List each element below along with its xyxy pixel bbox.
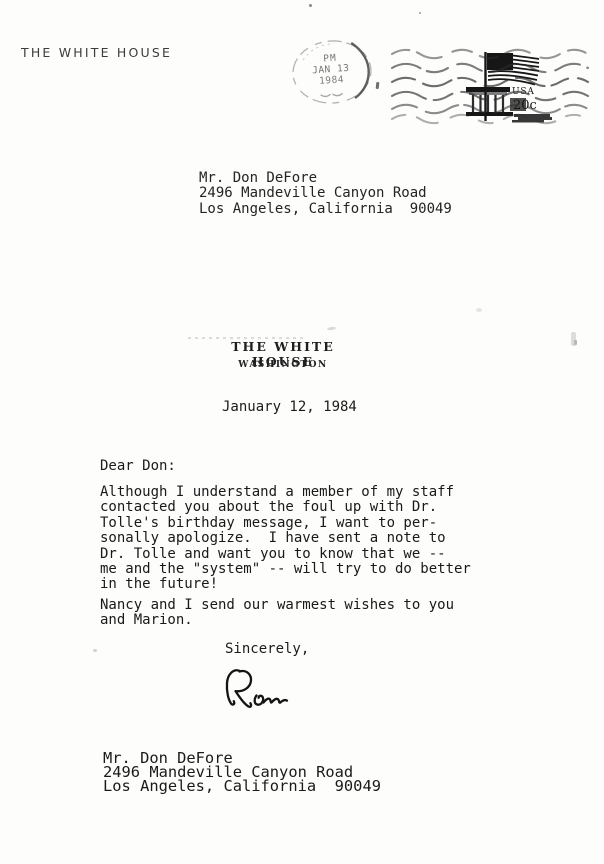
scan-speck xyxy=(476,308,482,312)
body-line: contacted you about the foul up with Dr. xyxy=(100,500,471,515)
postmark-meridiem: PM xyxy=(323,53,337,65)
building-base xyxy=(466,112,513,116)
scan-speck xyxy=(93,649,97,652)
scan-speck xyxy=(327,326,336,330)
postmark-icon: PM JAN 13 1984 xyxy=(290,38,374,106)
scan-speck xyxy=(309,4,312,7)
signature xyxy=(221,661,297,713)
postage-stamp-icon: USA 20c xyxy=(388,40,595,125)
scan-speck xyxy=(419,12,421,14)
body-line: me and the "system" -- will try to do be… xyxy=(100,562,471,577)
envelope-address-block: Mr. Don DeFore 2496 Mandeville Canyon Ro… xyxy=(199,171,452,217)
envelope-return-address: THE WHITE HOUSE xyxy=(21,45,172,60)
scan-edge-smudge xyxy=(574,340,577,345)
closing: Sincerely, xyxy=(225,641,309,657)
signature-strokes xyxy=(227,670,287,707)
envelope-address-line: 2496 Mandeville Canyon Road xyxy=(199,186,452,201)
letter-letterhead-subtitle: WASHINGTON xyxy=(213,360,353,370)
body-line: sonally apologize. I have sent a note to xyxy=(100,531,471,546)
body-paragraph-2: Nancy and I send our warmest wishes to y… xyxy=(100,598,454,629)
recipient-address-block: Mr. Don DeFore 2496 Mandeville Canyon Ro… xyxy=(103,751,381,793)
scanned-letter-page: THE WHITE HOUSE PM JAN 13 1984 xyxy=(0,0,604,864)
body-line: Although I understand a member of my sta… xyxy=(100,485,471,500)
salutation: Dear Don: xyxy=(100,459,176,474)
postmark-heavy-arc xyxy=(352,43,370,98)
postmark-tick-mark xyxy=(376,82,380,89)
body-line: Tolle's birthday message, I want to per- xyxy=(100,516,471,531)
envelope-address-line: Los Angeles, California 90049 xyxy=(199,202,452,217)
body-line: in the future! xyxy=(100,577,471,592)
postmark-year: 1984 xyxy=(319,74,345,87)
flag-canton xyxy=(487,53,513,70)
postmark-bottom-marks xyxy=(321,93,343,97)
body-line: Nancy and I send our warmest wishes to y… xyxy=(100,598,454,613)
body-paragraph-1: Although I understand a member of my sta… xyxy=(100,485,471,593)
letter-date: January 12, 1984 xyxy=(222,399,357,415)
envelope-address-line: Mr. Don DeFore xyxy=(199,171,452,186)
recipient-address-line: Los Angeles, California 90049 xyxy=(103,779,381,793)
body-line: Dr. Tolle and want you to know that we -… xyxy=(100,547,471,562)
body-line: and Marion. xyxy=(100,613,454,628)
building-roof xyxy=(466,87,510,92)
